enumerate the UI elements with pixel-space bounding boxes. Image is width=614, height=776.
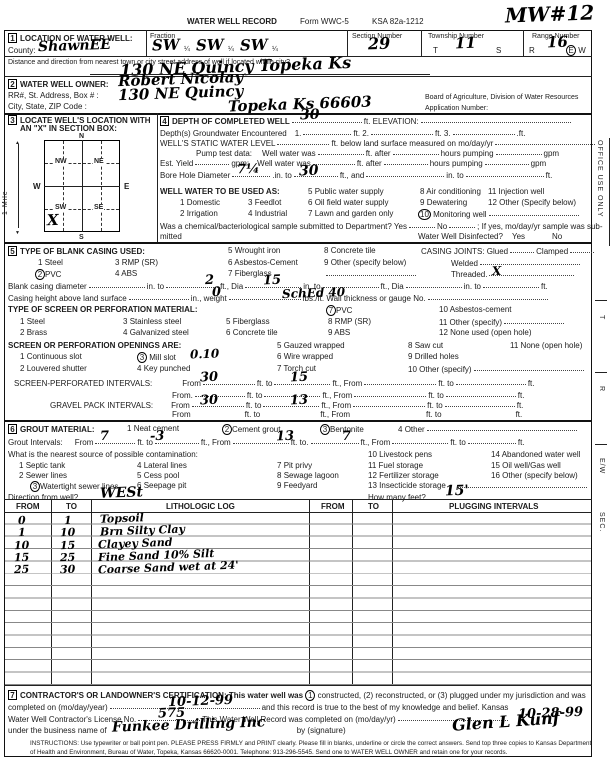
welded-label: Welded [451,259,478,268]
clamped-label: Clamped [536,247,568,256]
dotted-leader [421,116,571,123]
margin-ew-label: E/W [598,458,605,474]
section-number-box: 5 [8,246,17,256]
dotted-leader [449,221,475,228]
quadrant-se: SE [93,204,104,211]
height-label: Casing height above land surface [8,294,127,303]
contamination-row-3: 2 Sewer lines5 Cess pool8 Sewage lagoon1… [8,471,592,481]
log-row-to: 25 [60,552,76,564]
dotted-leader [195,158,229,165]
option: 12 Other (Specify below) [488,198,576,208]
dotted-leader [453,128,515,135]
margin-sec-label: SEC. [598,512,605,532]
county-value: ShawnEE [38,38,111,55]
grout-interval-1-from: 7 [100,430,109,443]
office-use-only-label: OFFICE USE ONLY [596,140,603,245]
log-header-to2: TO [368,502,379,512]
cert-line-1: 7CONTRACTOR'S OR LANDOWNER'S CERTIFICATI… [8,690,586,701]
dotted-leader [474,364,584,371]
casing-joints: CASING JOINTS: GluedClamped [421,246,596,257]
ft: ft. [518,391,525,400]
option: 8 RMP (SR) [328,317,371,327]
circled-7: 7 [326,305,336,316]
ft-to: ft. to [428,391,444,400]
sample-question-tail: ; If yes, mo/day/yr sample was sub- [477,222,602,231]
static-level-mid: ft. below land surface measured on mo/da… [331,139,493,148]
option: 6 Oil field water supply [308,198,389,208]
log-table-rows [5,512,591,685]
log-row-desc: Brn Silty Clay [100,524,185,538]
option: 8 Concrete tile [324,246,376,256]
instructions-line-2: of Health and Environment, Bureau of Wat… [30,748,507,758]
owner-city-label: City, State, ZIP Code : [8,102,87,112]
dotted-leader [456,378,526,385]
ft: ft. [516,410,523,419]
dotted-leader [303,128,351,135]
option: 8 Sewage lagoon [277,471,339,481]
dotted-leader [445,400,515,407]
contamination-question: What is the nearest source of possible c… [8,450,198,460]
ft-to: ft. to [247,391,263,400]
option: 15 Oil well/Gas well [491,461,561,471]
ft-after: ft. after [357,159,382,168]
ft-dia: ft., Dia [381,282,404,291]
section-number-box: 6 [8,424,17,434]
option: 7 Lawn and garden only [308,209,393,219]
ft: ft. [546,171,553,180]
dotted-leader [485,158,529,165]
ft: ft. [528,379,535,388]
range-value: 16 [547,35,568,51]
contamination-row-4: 3Watertight sewer lines6 Seepage pit9 Fe… [8,481,592,492]
divider [4,420,592,422]
section-number-value: 29 [368,36,391,53]
ft-to: ft. to [427,401,443,410]
grout-title: GROUT MATERIAL: [20,425,95,434]
option: 4 ABS [115,269,137,279]
threaded-item: Threaded. [451,269,576,280]
casing-row-1: 5TYPE OF BLANK CASING USED:5 Wrought iro… [8,246,592,256]
well-tag-handwritten: MW#12 [505,2,595,25]
dotted-leader [313,158,355,165]
dotted-leader [89,281,145,288]
log-header-to: TO [66,502,77,512]
bore-hole-line: Bore Hole Diameter.in. toft., andin. tof… [160,170,552,181]
ft-from: ft., From [320,410,350,419]
from: From. [172,391,193,400]
option: 6 Wire wrapped [277,352,333,362]
range-e: E [566,45,576,56]
water-well-record-form: WATER WELL RECORD Form WWC-5 KSA 82a-121… [0,0,614,776]
dotted-leader [406,281,462,288]
dotted-leader [393,148,439,155]
dotted-leader [326,269,416,276]
locate-title-2: AN "X" IN SECTION BOX: [20,124,117,134]
option: 6 Concrete tile [226,328,278,338]
township-value: 11 [455,36,476,52]
section5-title: 5TYPE OF BLANK CASING USED: [8,246,145,257]
option: 1 Septic tank [19,461,65,471]
divider [523,30,524,56]
welded-item: Welded [451,258,582,269]
perf-intervals-line-1: SCREEN-PERFORATED INTERVALS:Fromft. toft… [14,378,535,389]
range-east-circled: E W [566,45,586,56]
quadrant-ne: NE [93,158,105,165]
option: 6 Seepage pit [137,481,186,491]
mile-arrow-down: ▼ [15,228,20,238]
ft-from: ft., From [322,391,352,400]
casing-joints-label: CASING JOINTS: Glued [421,247,508,256]
township-s: S [496,46,501,56]
divider [4,242,592,244]
option: 5 Public water supply [308,187,384,197]
screen-material-row-3: 2 Brass4 Galvanized steel6 Concrete tile… [8,328,592,338]
section-number-box: 2 [8,79,17,89]
perf-intervals-label: SCREEN-PERFORATED INTERVALS: [14,379,152,388]
option: 2 Brass [20,328,47,338]
gravel-intervals-label: GRAVEL PACK INTERVALS: [50,401,153,410]
slot-size-value: 0.10 [190,347,220,360]
signature-label: by (signature) [297,726,346,735]
grout-intervals-label: Grout Intervals: [8,438,63,447]
ft-after: ft. after [366,149,391,158]
option: 3 Feedlot [248,198,281,208]
ft-to: ft. to [438,379,454,388]
option: 5 Cess pool [137,471,179,481]
form-statute: KSA 82a-1212 [372,17,424,27]
gravel-to-value: 13 [290,394,309,408]
option-cement-grout-circled: 2Cement grout [222,424,280,435]
option: 4 Industrial [248,209,287,219]
option: 9 Dewatering [420,198,467,208]
ft-to: ft. to [450,438,466,447]
dotted-leader [496,148,542,155]
dotted-leader [364,378,436,385]
perf-from-value: 30 [200,371,219,385]
option: 5 Gauzed wrapped [277,341,345,351]
circled-10: 10 [418,209,431,220]
dotted-leader [366,170,444,177]
option: 4 Galvanized steel [123,328,189,338]
fraction-2: SW [196,38,224,54]
grout-interval-1-to: -3 [150,430,165,443]
from: From [75,438,94,447]
option: 1 Steel [20,317,45,327]
dotted-leader [428,293,548,300]
mitted-word: mitted [160,232,182,242]
sample-question-line: Was a chemical/bacteriological sample su… [160,221,603,232]
contamination-row-1: What is the nearest source of possible c… [8,450,592,460]
perf-to-value: 15 [290,371,309,385]
circled-3: 3 [320,424,330,435]
dotted-leader [353,400,425,407]
table-border [4,499,592,500]
county-label: County: [8,46,36,56]
section-number-box: 3 [8,115,17,125]
option: 1 Continuous slot [20,352,82,362]
ft-and: ft., and [340,171,364,180]
in-to: in. to [464,282,481,291]
casing-weight-value: SchEd 40 [282,286,346,300]
option: 2 Irrigation [180,209,218,219]
option: 4 Other [398,424,579,435]
other-writein [324,269,418,280]
grout-interval-2-from: 13 [276,430,295,444]
option: 3 RMP (SR) [115,258,158,268]
gravel-intervals-line-2: Fromft. toft., Fromft. toft. [172,410,522,420]
option: 3 Stainless steel [123,317,181,327]
no-label: No [552,232,562,242]
from: From [182,379,201,388]
dotted-leader [510,246,534,253]
cert-line-2: completed on (mo/day/year)and this recor… [8,702,508,713]
in-weight: in., weight [191,294,227,303]
static-level-label: WELL'S STATIC WATER LEVEL [160,139,275,148]
option-mill-slot-circled: 3 Mill slot [137,352,176,363]
option: 1 Domestic [180,198,220,208]
dotted-leader [466,170,544,177]
ft-to: ft. to [426,410,442,419]
option: 11 Fuel storage [368,461,423,471]
form-number: Form WWC-5 [300,17,349,27]
use-as-label: WELL WATER TO BE USED AS: [160,187,280,197]
casing-height-line: Casing height above land surfacein., wei… [8,293,550,304]
option: 11 Other (specify) [439,317,566,328]
ft-from: ft., From [332,379,362,388]
log-row-from: 1 [18,527,26,538]
option: 6 Asbestos-Cement [228,258,298,268]
dotted-leader [489,209,579,216]
table-border [4,685,592,686]
circled-1: 1 [305,690,315,701]
option: 2 Louvered shutter [20,364,87,374]
ft-to: ft. to [246,401,262,410]
divider [157,113,158,242]
well-location-x-mark: X [47,213,59,228]
circled-2: 2 [222,424,232,435]
use-as-row-2: 1 Domestic3 Feedlot6 Oil field water sup… [160,198,590,208]
grout-interval-2-to: 7 [342,430,351,443]
circled-3: 3 [30,481,40,492]
quarter-3: ¼ [272,45,278,55]
circled-3: 3 [137,352,147,363]
dotted-leader [129,293,189,300]
mile-arrow [18,144,19,228]
disinfected-line: Water Well Disinfected?YesNo [418,232,592,242]
ft-to: ft. to [245,410,261,419]
log-row-from: 10 [14,540,30,552]
grout-intervals-line: Grout Intervals:Fromft. toft., Fromft. t… [8,437,525,448]
in-to: in. to [446,171,463,180]
ft: ft. [541,282,548,291]
option: 11 Injection well [488,187,544,197]
office-use-bracket [609,138,610,246]
gw-3: ft. 3. [435,129,451,138]
casing-row-3: 2PVC4 ABS7 FiberglassThreaded. [8,269,592,280]
casing-row-2: 1 Steel3 RMP (SR)6 Asbestos-Cement9 Othe… [8,258,592,268]
screen-material-label: TYPE OF SCREEN OR PERFORATION MATERIAL: [8,305,197,315]
owner-address-value: 130 NE Quincy [118,84,244,103]
option: 12 Fertilizer storage [368,471,439,481]
divider [146,30,147,56]
dotted-leader [570,246,594,253]
est-yield-line: Est. Yieldgpm:Well water wasft. afterhou… [160,158,546,169]
divider [4,76,592,77]
township-t: T [433,46,438,56]
divider [421,30,422,56]
depth-completed-value: 30 [300,108,320,123]
est-yield-label: Est. Yield [160,159,193,168]
option: 11 None (open hole) [510,341,582,351]
mile-arrow-up: ▲ [15,138,20,148]
casing-height-value: 0 [212,286,221,299]
pump-test-label: Pump test data: [196,149,252,158]
log-row-to: 30 [60,564,76,576]
dotted-leader [427,424,577,431]
dotted-leader [483,281,539,288]
form-title: WATER WELL RECORD [187,17,277,27]
ft-from: ft., From [201,438,231,447]
casing-title: TYPE OF BLANK CASING USED: [20,247,145,256]
dotted-leader [409,221,435,228]
in-to: .in. to [272,171,292,180]
dotted-leader [392,437,448,444]
quadrant-nw: NW [54,158,68,165]
ft-to: ft. to [257,379,273,388]
section-number-box: 7 [8,690,17,700]
option: 4 Lateral lines [137,461,187,471]
disinfected-label: Water Well Disinfected? [418,232,503,242]
well-water-was: Well water was [262,149,316,158]
option: 2 Sewer lines [19,471,67,481]
option: 10 Other (specify) [408,364,586,375]
no-label: No [437,222,447,231]
use-as-row-1: WELL WATER TO BE USED AS:5 Public water … [160,187,590,197]
dotted-leader [504,317,564,324]
dotted-leader [384,158,428,165]
owner-title: WATER WELL OWNER: [20,80,109,89]
completed-on-label: completed on (mo/day/year) [8,703,108,712]
bore-hole-label: Bore Hole Diameter [160,171,230,180]
section-number-box: 4 [160,116,169,126]
threaded-label: Threaded. [451,270,487,279]
depth-completed-line: 4DEPTH OF COMPLETED WELLft. ELEVATION: [160,116,573,127]
option: 5 Wrought iron [228,246,280,256]
dotted-leader [457,481,587,488]
dotted-leader [468,437,516,444]
section2-title: 2WATER WELL OWNER: [8,79,109,90]
depth-completed-label: DEPTH OF COMPLETED WELL [172,117,290,126]
quarter-2: ¼ [228,45,234,55]
option: 14 Abandoned water well [491,450,580,460]
section-number-box: 1 [8,33,17,43]
yes-label: Yes [512,232,525,242]
circled-2: 2 [35,269,45,280]
option: 4 Key punched [137,364,190,374]
option: 10 Livestock pens [368,450,432,460]
bore-depth-value: 30 [299,164,319,179]
range-r: R [529,46,535,56]
margin-tick [595,372,607,373]
quarter-1: ¼ [184,45,190,55]
option: 16 Other (specify below) [491,471,578,481]
fraction-3: SW [240,38,268,54]
screen-openings-row-2: 1 Continuous slot3 Mill slot6 Wire wrapp… [8,352,592,363]
gw-4: .ft. [517,129,526,138]
margin-tick [595,300,607,301]
log-table-header: FROMTOLITHOLOGIC LOGFROMTOPLUGGING INTER… [4,502,592,512]
dotted-leader [318,148,364,155]
option-pvc-circled: 7PVC [326,305,352,316]
dotted-leader [489,269,574,276]
board-of-agriculture-text: Board of Agriculture, Division of Water … [425,93,578,103]
margin-t-label: T [598,315,605,320]
option: 10 Asbestos-cement [439,305,512,315]
compass-w: W [33,182,41,192]
log-row-from: 15 [14,552,30,564]
option: 1 Steel [38,258,63,268]
log-row-desc: Topsoil [100,512,144,525]
hours-pumping: hours pumping [430,159,483,168]
margin-r-label: R [598,386,605,392]
option: 8 Air conditioning [420,187,481,197]
dotted-leader [354,390,426,397]
option: 9 Feedyard [277,481,317,491]
option: 5 Fiberglass [226,317,270,327]
feet-value: 15' [445,484,469,499]
option: 13 Insecticide storage [368,481,446,491]
gw-1: 1. [295,129,302,138]
range-w: W [578,46,586,55]
elevation-label: ft. ELEVATION: [364,117,419,126]
option: 7 Pit privy [277,461,312,471]
from: From [171,401,190,410]
cert-line-1-tail: constructed, (2) reconstructed, or (3) p… [318,691,586,700]
use-as-row-3: 2 Irrigation4 Industrial7 Lawn and garde… [160,209,590,219]
from: From [172,410,191,419]
dotted-leader [495,138,595,145]
option: 9 Other (specify below) [324,258,406,268]
dotted-leader [277,138,329,145]
ft-from: ft., From [321,401,351,410]
grout-material-row: 6GROUT MATERIAL:1 Neat cement2Cement gro… [8,424,592,435]
diam-label: Blank casing diameter [8,282,87,291]
log-row-from: 0 [18,515,26,526]
section6-title: 6GROUT MATERIAL: [8,424,95,435]
business-name-label: under the business name of [8,726,107,735]
log-header-from2: FROM [321,502,345,512]
screen-openings-row-1: SCREEN OR PERFORATION OPENINGS ARE:5 Gau… [8,341,592,351]
gpm: gpm [531,159,547,168]
option: 8 Saw cut [408,341,443,351]
ft-dia: ft., Dia [220,282,243,291]
in-to: in. to [147,282,164,291]
dotted-leader [371,128,433,135]
contamination-row-2: 1 Septic tank4 Lateral lines7 Pit privy1… [8,461,592,471]
ft-from: ft., From [361,438,391,447]
bore-diameter-value: 7¼ [237,163,260,177]
threaded-x-mark: X [492,265,502,277]
dotted-leader [446,390,516,397]
dotted-leader [311,437,359,444]
option: 9 Drilled holes [408,352,459,362]
hours-pumping: hours pumping [441,149,494,158]
log-header-lithologic: LITHOLOGIC LOG [166,502,235,512]
screen-material-row-1: TYPE OF SCREEN OR PERFORATION MATERIAL:7… [8,305,592,316]
log-row-from: 25 [14,564,30,576]
gpm: gpm [544,149,560,158]
ft: ft. [518,438,525,447]
